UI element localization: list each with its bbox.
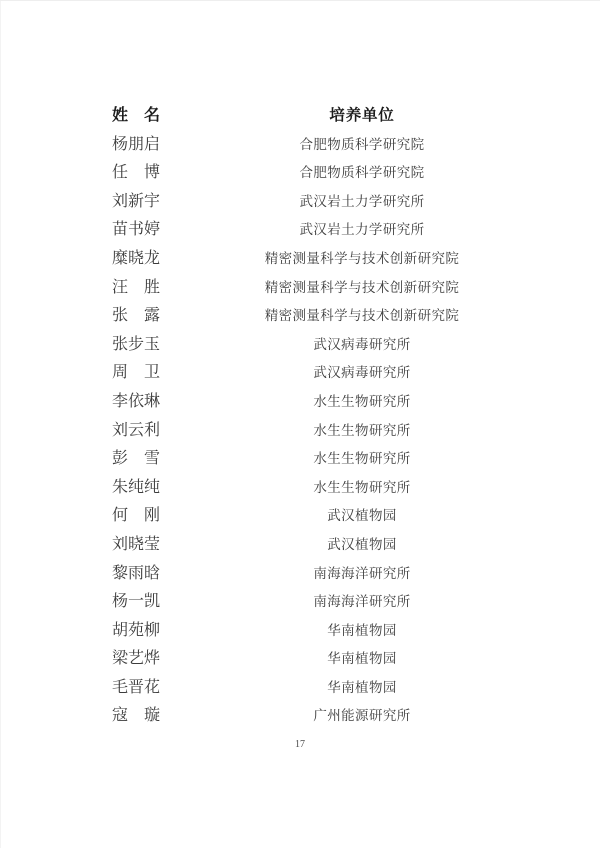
student-name: 苗书婷: [112, 216, 162, 245]
training-unit: 水生生物研究所: [162, 445, 562, 474]
student-name: 张 露: [112, 302, 162, 331]
table-row: 李依琳 水生生物研究所: [0, 388, 600, 417]
training-unit: 武汉病毒研究所: [162, 331, 562, 360]
training-unit: 武汉岩土力学研究所: [162, 216, 562, 245]
training-unit: 合肥物质科学研究院: [162, 159, 562, 188]
training-unit: 水生生物研究所: [162, 417, 562, 446]
roster-table: 姓 名 培养单位 杨朋启 合肥物质科学研究院 任 博 合肥物质科学研究院 刘新宇…: [0, 102, 600, 731]
table-body: 杨朋启 合肥物质科学研究院 任 博 合肥物质科学研究院 刘新宇 武汉岩土力学研究…: [0, 131, 600, 731]
table-row: 梁艺烨 华南植物园: [0, 645, 600, 674]
column-header-name: 姓 名: [112, 102, 162, 131]
student-name: 刘云利: [112, 417, 162, 446]
training-unit: 广州能源研究所: [162, 702, 562, 731]
student-name: 糜晓龙: [112, 245, 162, 274]
table-row: 何 刚 武汉植物园: [0, 502, 600, 531]
table-row: 胡苑柳 华南植物园: [0, 617, 600, 646]
table-row: 黎雨晗 南海海洋研究所: [0, 560, 600, 589]
student-name: 朱纯纯: [112, 474, 162, 503]
table-row: 张步玉 武汉病毒研究所: [0, 331, 600, 360]
training-unit: 武汉植物园: [162, 531, 562, 560]
student-name: 杨一凯: [112, 588, 162, 617]
training-unit: 南海海洋研究所: [162, 588, 562, 617]
student-name: 任 博: [112, 159, 162, 188]
training-unit: 精密测量科学与技术创新研究院: [162, 302, 562, 331]
student-name: 周 卫: [112, 359, 162, 388]
student-name: 刘晓莹: [112, 531, 162, 560]
student-name: 何 刚: [112, 502, 162, 531]
training-unit: 华南植物园: [162, 617, 562, 646]
table-row: 周 卫 武汉病毒研究所: [0, 359, 600, 388]
table-row: 彭 雪 水生生物研究所: [0, 445, 600, 474]
student-name: 李依琳: [112, 388, 162, 417]
training-unit: 水生生物研究所: [162, 388, 562, 417]
page-number: 17: [0, 739, 600, 750]
training-unit: 水生生物研究所: [162, 474, 562, 503]
table-header-row: 姓 名 培养单位: [0, 102, 600, 131]
training-unit: 南海海洋研究所: [162, 560, 562, 589]
table-row: 任 博 合肥物质科学研究院: [0, 159, 600, 188]
table-row: 糜晓龙 精密测量科学与技术创新研究院: [0, 245, 600, 274]
student-name: 张步玉: [112, 331, 162, 360]
student-name: 梁艺烨: [112, 645, 162, 674]
training-unit: 华南植物园: [162, 674, 562, 703]
student-name: 汪 胜: [112, 274, 162, 303]
document-page: 姓 名 培养单位 杨朋启 合肥物质科学研究院 任 博 合肥物质科学研究院 刘新宇…: [0, 0, 600, 848]
table-row: 刘云利 水生生物研究所: [0, 417, 600, 446]
training-unit: 精密测量科学与技术创新研究院: [162, 245, 562, 274]
table-row: 杨一凯 南海海洋研究所: [0, 588, 600, 617]
student-name: 彭 雪: [112, 445, 162, 474]
column-header-unit: 培养单位: [162, 102, 562, 131]
table-row: 刘新宇 武汉岩土力学研究所: [0, 188, 600, 217]
student-name: 杨朋启: [112, 131, 162, 160]
training-unit: 武汉植物园: [162, 502, 562, 531]
table-row: 刘晓莹 武汉植物园: [0, 531, 600, 560]
student-name: 黎雨晗: [112, 560, 162, 589]
training-unit: 合肥物质科学研究院: [162, 131, 562, 160]
student-name: 毛晋花: [112, 674, 162, 703]
table-row: 张 露 精密测量科学与技术创新研究院: [0, 302, 600, 331]
table-row: 朱纯纯 水生生物研究所: [0, 474, 600, 503]
student-name: 寇 璇: [112, 702, 162, 731]
table-row: 寇 璇 广州能源研究所: [0, 702, 600, 731]
student-name: 刘新宇: [112, 188, 162, 217]
table-row: 杨朋启 合肥物质科学研究院: [0, 131, 600, 160]
student-name: 胡苑柳: [112, 617, 162, 646]
training-unit: 精密测量科学与技术创新研究院: [162, 274, 562, 303]
training-unit: 武汉岩土力学研究所: [162, 188, 562, 217]
table-row: 毛晋花 华南植物园: [0, 674, 600, 703]
training-unit: 华南植物园: [162, 645, 562, 674]
training-unit: 武汉病毒研究所: [162, 359, 562, 388]
table-row: 汪 胜 精密测量科学与技术创新研究院: [0, 274, 600, 303]
table-row: 苗书婷 武汉岩土力学研究所: [0, 216, 600, 245]
